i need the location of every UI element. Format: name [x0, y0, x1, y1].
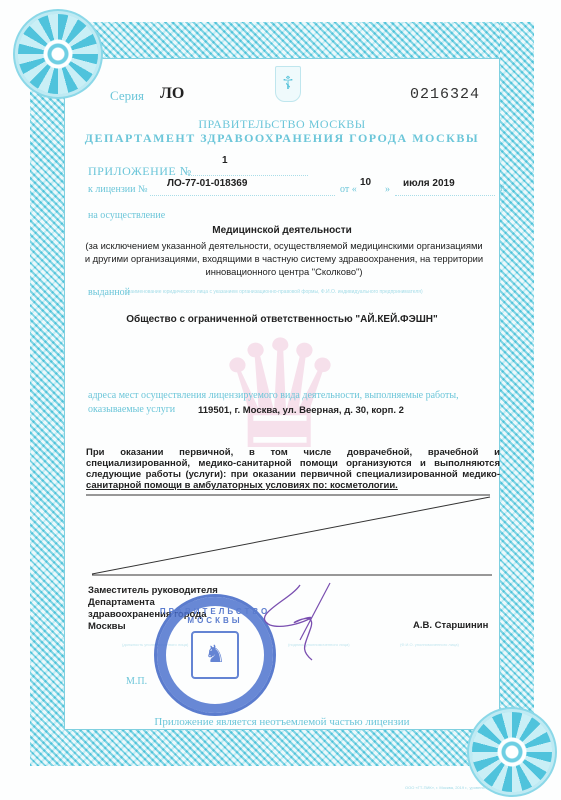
appendix-number: 1	[222, 155, 228, 166]
series-label: Серия	[110, 88, 144, 104]
guilloche-border-left	[30, 22, 64, 766]
stamp-place-label: М.П.	[126, 676, 147, 687]
activity-note: (за исключением указанной деятельности, …	[84, 239, 484, 278]
hint-signature: (подпись уполномоченного лица)	[288, 642, 350, 647]
license-appendix-sheet: ♛ ☦ Серия ЛО 0216324 ПРАВИТЕЛЬСТВО МОСКВ…	[0, 0, 561, 800]
stamp-emblem-icon: ♞	[191, 631, 239, 679]
signer-name: А.В. Старшинин	[413, 620, 488, 631]
activity-title: Медицинской деятельности	[64, 225, 500, 236]
license-label: к лицензии №	[88, 184, 148, 195]
date-month-year: июля 2019	[403, 178, 455, 189]
services-text: При оказании первичной, в том числе довр…	[86, 447, 500, 491]
license-number-line	[150, 195, 335, 196]
company-name: Общество с ограниченной ответственностью…	[64, 314, 500, 325]
hint-name: (Ф.И.О. уполномоченного лица)	[400, 642, 459, 647]
date-year-suffix: г.	[500, 183, 505, 194]
print-info: ООО «ГТ-ПИК», г. Москва, 2019 г., уровен…	[405, 785, 488, 790]
date-from-label: от «	[340, 184, 357, 195]
serial-number: 0216324	[410, 86, 480, 103]
guilloche-border-top	[30, 22, 530, 58]
official-stamp: ПРАВИТЕЛЬСТВО МОСКВЫ ♞	[154, 594, 276, 716]
appendix-label: ПРИЛОЖЕНИЕ №	[88, 164, 192, 179]
appendix-number-line	[188, 175, 308, 176]
services-text-last: санитарной помощи в амбулаторных условия…	[86, 480, 398, 491]
date-close-quote: »	[385, 184, 390, 195]
coat-of-arms-icon: ☦	[275, 66, 301, 102]
address-value: 119501, г. Москва, ул. Веерная, д. 30, к…	[198, 405, 404, 416]
license-number: ЛО-77-01-018369	[167, 178, 247, 189]
government-title: ПРАВИТЕЛЬСТВО МОСКВЫ	[64, 117, 500, 132]
issued-label: выданной	[88, 287, 130, 298]
rosette-top-left-icon	[18, 14, 98, 94]
issued-hint: (наименование юридического лица с указан…	[126, 289, 496, 295]
date-line	[395, 195, 495, 196]
guilloche-border-bottom	[30, 730, 530, 766]
date-day: 10	[360, 177, 371, 188]
services-text-body: При оказании первичной, в том числе довр…	[86, 447, 500, 480]
footer-note: Приложение является неотъемлемой частью …	[64, 716, 500, 728]
stamp-text: ПРАВИТЕЛЬСТВО МОСКВЫ	[157, 607, 273, 625]
series-value: ЛО	[160, 85, 184, 103]
activity-label: на осуществление	[88, 210, 165, 221]
department-title: ДЕПАРТАМЕНТ ЗДРАВООХРАНЕНИЯ ГОРОДА МОСКВ…	[64, 131, 500, 146]
